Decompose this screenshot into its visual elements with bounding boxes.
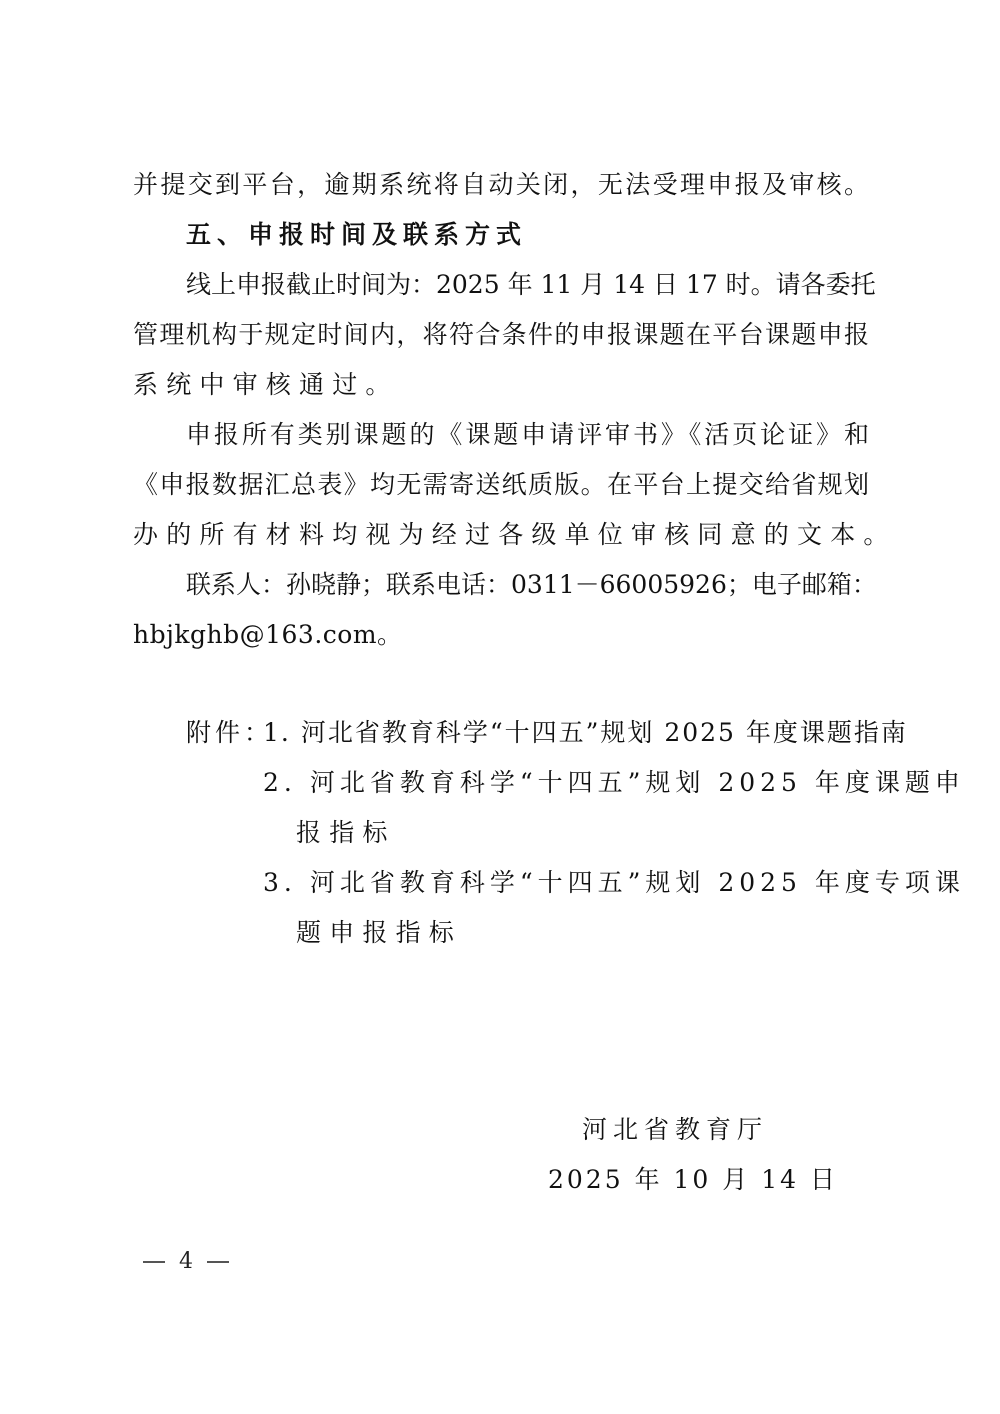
deadline-line-3: 系统中审核通过。: [133, 370, 869, 400]
issue-date: 2025 年 10 月 14 日: [548, 1165, 838, 1195]
attachment-number: 2.: [263, 768, 297, 797]
attachment-item-2-continuation: 报指标: [296, 818, 396, 848]
attachment-item-2: 2. 河北省教育科学“十四五”规划 2025 年度课题申: [263, 768, 869, 798]
document-page: 并提交到平台，逾期系统将自动关闭，无法受理申报及审核。 五、申报时间及联系方式 …: [0, 0, 1000, 1414]
materials-line-3: 办的所有材料均视为经过各级单位审核同意的文本。: [133, 520, 869, 550]
attachment-title: 河北省教育科学“十四五”规划 2025 年度专项课: [310, 868, 965, 897]
attachment-item-3: 3. 河北省教育科学“十四五”规划 2025 年度专项课: [263, 868, 869, 898]
contact-email: hbjkghb@163.com。: [133, 620, 869, 650]
attachment-title: 河北省教育科学“十四五”规划 2025 年度课题申: [310, 768, 965, 797]
attachment-item-1: 1. 河北省教育科学“十四五”规划 2025 年度课题指南: [263, 718, 869, 748]
deadline-line-1: 线上申报截止时间为：2025 年 11 月 14 日 17 时。请各委托: [186, 270, 869, 300]
page-number: 4: [165, 1249, 207, 1275]
attachment-title: 河北省教育科学“十四五”规划 2025 年度课题指南: [301, 718, 908, 747]
footer-dash-right: [207, 1261, 229, 1263]
attachment-number: 1.: [263, 718, 291, 747]
contact-line-1: 联系人：孙晓静；联系电话：0311－66005926；电子邮箱：: [186, 570, 869, 600]
attachments-label: 附件：: [186, 718, 273, 748]
footer-dash-left: [143, 1261, 165, 1263]
materials-line-1: 申报所有类别课题的《课题申请评审书》《活页论证》和: [186, 420, 869, 450]
materials-line-2: 《申报数据汇总表》均无需寄送纸质版。在平台上提交给省规划: [133, 470, 869, 500]
attachment-number: 3.: [263, 868, 297, 897]
issuer-name: 河北省教育厅: [582, 1115, 768, 1145]
deadline-line-2: 管理机构于规定时间内，将符合条件的申报课题在平台课题申报: [133, 320, 869, 350]
section-heading: 五、申报时间及联系方式: [186, 220, 869, 250]
page-footer: 4: [143, 1249, 229, 1275]
attachment-item-3-continuation: 题申报指标: [296, 918, 462, 948]
paragraph-continuation: 并提交到平台，逾期系统将自动关闭，无法受理申报及审核。: [133, 170, 869, 200]
